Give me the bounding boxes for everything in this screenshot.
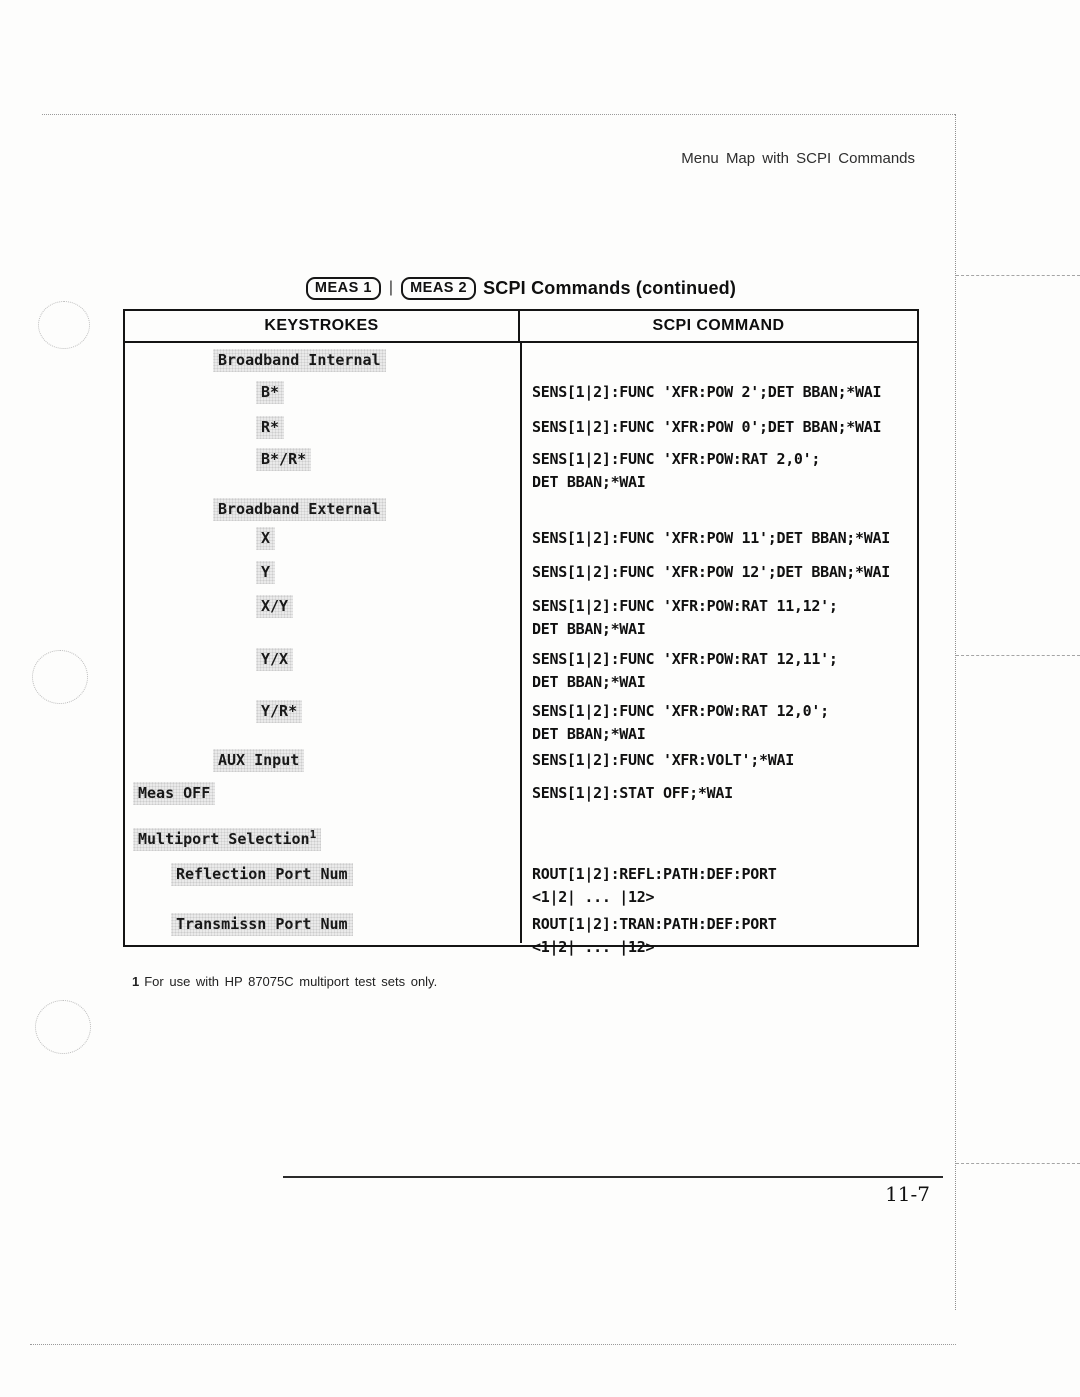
binder-hole-mark	[32, 650, 88, 704]
keycap-separator: |	[388, 279, 394, 297]
binder-hole-mark	[35, 1000, 91, 1054]
keystroke-label: Y/X	[256, 648, 293, 671]
footnote-text: For use with HP 87075C multiport test se…	[144, 974, 437, 989]
scpi-command: SENS[1|2]:FUNC 'XFR:POW 2';DET BBAN;*WAI	[532, 381, 911, 404]
manual-page-scan: Menu Map with SCPI Commands MEAS 1 | MEA…	[0, 0, 1080, 1397]
scpi-command: SENS[1|2]:FUNC 'XFR:POW:RAT 2,0'; DET BB…	[532, 448, 911, 494]
scan-edge-bottom-dotted-line	[30, 1344, 956, 1345]
keystroke-label: X/Y	[256, 595, 293, 618]
column-divider	[520, 343, 522, 943]
scan-edge-right-dotted-line	[955, 114, 956, 1310]
column-header-scpi-command: SCPI COMMAND	[520, 311, 917, 341]
section-title: MEAS 1 | MEAS 2 SCPI Commands (continued…	[123, 273, 919, 303]
keystroke-label: AUX Input	[213, 749, 304, 772]
keystroke-label: Meas OFF	[133, 782, 215, 805]
scpi-command: SENS[1|2]:FUNC 'XFR:POW 12';DET BBAN;*WA…	[532, 561, 911, 584]
keystroke-label: Broadband Internal	[213, 349, 386, 372]
keystroke-label: Multiport Selection1	[133, 828, 321, 851]
keystroke-label: X	[256, 527, 275, 550]
table-body: Broadband Internal B* SENS[1|2]:FUNC 'XF…	[125, 343, 917, 943]
scpi-command: SENS[1|2]:FUNC 'XFR:POW 0';DET BBAN;*WAI	[532, 416, 911, 439]
keystroke-label: Transmissn Port Num	[171, 913, 353, 936]
keystroke-label: Broadband External	[213, 498, 386, 521]
footer-rule	[283, 1176, 943, 1178]
footnote-reference: 1	[310, 828, 317, 841]
scpi-command: SENS[1|2]:STAT OFF;*WAI	[532, 782, 911, 805]
binder-hole-mark	[38, 301, 90, 349]
keystroke-label: Reflection Port Num	[171, 863, 353, 886]
scpi-command: ROUT[1|2]:TRAN:PATH:DEF:PORT <1|2| ... |…	[532, 913, 911, 959]
scan-edge-top-dotted-line	[42, 114, 955, 115]
scpi-command: ROUT[1|2]:REFL:PATH:DEF:PORT <1|2| ... |…	[532, 863, 911, 909]
scpi-command: SENS[1|2]:FUNC 'XFR:POW:RAT 12,11'; DET …	[532, 648, 911, 694]
column-header-keystrokes: KEYSTROKES	[125, 311, 520, 341]
page-number: 11-7	[780, 1182, 930, 1206]
footnote-marker: 1	[132, 974, 139, 989]
keystroke-label: Y	[256, 561, 275, 584]
scan-margin-dash-line	[956, 275, 1080, 276]
keystroke-label: B*/R*	[256, 448, 311, 471]
scpi-command: SENS[1|2]:FUNC 'XFR:POW:RAT 11,12'; DET …	[532, 595, 911, 641]
keystroke-label-text: Multiport Selection	[138, 830, 310, 848]
scpi-command: SENS[1|2]:FUNC 'XFR:POW:RAT 12,0'; DET B…	[532, 700, 911, 746]
scan-margin-dash-line	[956, 1163, 1080, 1164]
scpi-command: SENS[1|2]:FUNC 'XFR:POW 11';DET BBAN;*WA…	[532, 527, 911, 550]
meas1-keycap: MEAS 1	[306, 277, 381, 300]
keystroke-label: R*	[256, 416, 284, 439]
running-header: Menu Map with SCPI Commands	[615, 150, 915, 167]
table-header-row: KEYSTROKES SCPI COMMAND	[125, 311, 917, 343]
footnote: 1For use with HP 87075C multiport test s…	[132, 974, 437, 989]
keystroke-label: Y/R*	[256, 700, 302, 723]
scpi-command-table: KEYSTROKES SCPI COMMAND Broadband Intern…	[123, 309, 919, 947]
scpi-command: SENS[1|2]:FUNC 'XFR:VOLT';*WAI	[532, 749, 911, 772]
keystroke-label: B*	[256, 381, 284, 404]
meas2-keycap: MEAS 2	[401, 277, 476, 300]
scan-margin-dash-line	[956, 655, 1080, 656]
section-title-text: SCPI Commands (continued)	[483, 278, 736, 299]
